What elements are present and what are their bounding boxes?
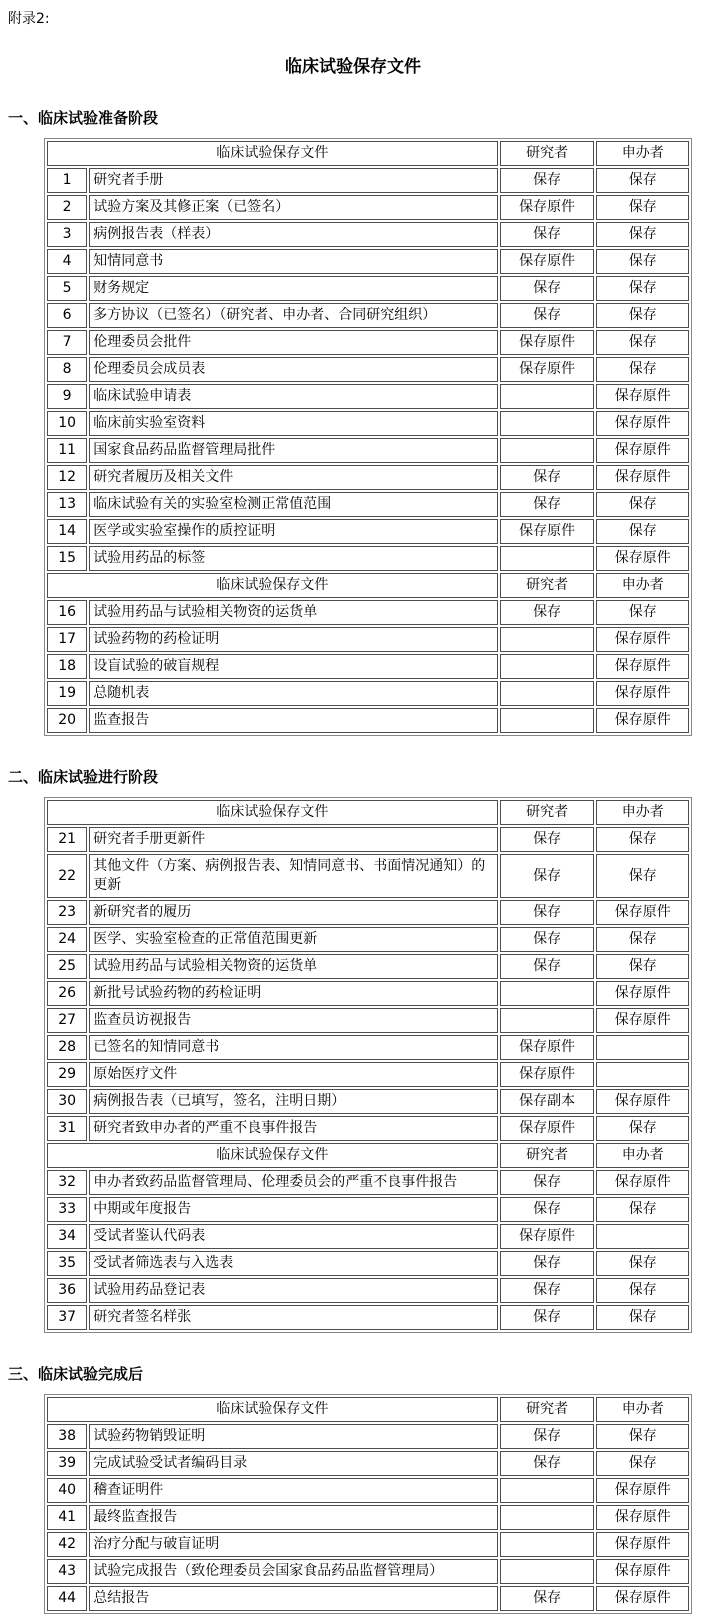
sponsor-value: 保存原件 [596, 654, 689, 679]
sponsor-value: 保存 [596, 1424, 689, 1449]
sponsor-value: 保存原件 [596, 1586, 689, 1611]
table-row: 10临床前实验室资料保存原件 [47, 411, 689, 436]
sponsor-value: 保存 [596, 1197, 689, 1222]
column-header-sponsor: 申办者 [596, 800, 689, 825]
document-name: 病例报告表（样表） [89, 222, 498, 247]
row-number: 15 [47, 546, 87, 571]
investigator-value: 保存 [500, 222, 595, 247]
investigator-value [500, 438, 595, 463]
document-page: 附录2: 临床试验保存文件 一、临床试验准备阶段 临床试验保存文件研究者申办者1… [0, 0, 706, 1614]
table-row: 31研究者致申办者的严重不良事件报告保存原件保存 [47, 1116, 689, 1141]
table-row: 38试验药物销毁证明保存保存 [47, 1424, 689, 1449]
table-row: 41最终监查报告保存原件 [47, 1505, 689, 1530]
document-name: 知情同意书 [89, 249, 498, 274]
sponsor-value: 保存原件 [596, 546, 689, 571]
row-number: 35 [47, 1251, 87, 1276]
sponsor-value: 保存原件 [596, 1478, 689, 1503]
investigator-value: 保存 [500, 1305, 595, 1330]
table-row: 1研究者手册保存保存 [47, 168, 689, 193]
table-row: 5财务规定保存保存 [47, 276, 689, 301]
row-number: 4 [47, 249, 87, 274]
table-row: 23新研究者的履历保存保存原件 [47, 900, 689, 925]
investigator-value: 保存 [500, 1278, 595, 1303]
document-name: 中期或年度报告 [89, 1197, 498, 1222]
column-header-file: 临床试验保存文件 [47, 1143, 498, 1168]
sponsor-value: 保存 [596, 249, 689, 274]
table-row: 7伦理委员会批件保存原件保存 [47, 330, 689, 355]
sponsor-value: 保存 [596, 854, 689, 898]
page-title: 临床试验保存文件 [0, 52, 706, 77]
document-name: 监查员访视报告 [89, 1008, 498, 1033]
investigator-value [500, 1008, 595, 1033]
row-number: 14 [47, 519, 87, 544]
table-row: 18设盲试验的破盲规程保存原件 [47, 654, 689, 679]
investigator-value: 保存 [500, 1586, 595, 1611]
sponsor-value: 保存原件 [596, 1089, 689, 1114]
row-number: 17 [47, 627, 87, 652]
section-heading-preparation: 一、临床试验准备阶段 [8, 107, 706, 128]
column-header-file: 临床试验保存文件 [47, 573, 498, 598]
row-number: 28 [47, 1035, 87, 1060]
sponsor-value: 保存 [596, 195, 689, 220]
table-row: 4知情同意书保存原件保存 [47, 249, 689, 274]
document-name: 临床前实验室资料 [89, 411, 498, 436]
table-row: 21研究者手册更新件保存保存 [47, 827, 689, 852]
document-name: 伦理委员会批件 [89, 330, 498, 355]
investigator-value: 保存 [500, 854, 595, 898]
sponsor-value: 保存原件 [596, 384, 689, 409]
investigator-value: 保存原件 [500, 249, 595, 274]
investigator-value: 保存原件 [500, 195, 595, 220]
document-name: 试验用药品与试验相关物资的运货单 [89, 954, 498, 979]
investigator-value [500, 1532, 595, 1557]
document-name: 总结报告 [89, 1586, 498, 1611]
table-row: 25试验用药品与试验相关物资的运货单保存保存 [47, 954, 689, 979]
row-number: 11 [47, 438, 87, 463]
document-name: 稽查证明件 [89, 1478, 498, 1503]
investigator-value: 保存 [500, 1451, 595, 1476]
investigator-value [500, 411, 595, 436]
table-row: 33中期或年度报告保存保存 [47, 1197, 689, 1222]
investigator-value [500, 546, 595, 571]
investigator-value: 保存副本 [500, 1089, 595, 1114]
column-header-investigator: 研究者 [500, 573, 595, 598]
sponsor-value: 保存 [596, 519, 689, 544]
document-name: 研究者履历及相关文件 [89, 465, 498, 490]
row-number: 39 [47, 1451, 87, 1476]
table-row: 17试验药物的药检证明保存原件 [47, 627, 689, 652]
investigator-value: 保存原件 [500, 1035, 595, 1060]
column-header-sponsor: 申办者 [596, 1143, 689, 1168]
table-row: 35受试者筛选表与入选表保存保存 [47, 1251, 689, 1276]
table-row: 20监查报告保存原件 [47, 708, 689, 733]
sponsor-value: 保存原件 [596, 981, 689, 1006]
documents-table-completion: 临床试验保存文件研究者申办者38试验药物销毁证明保存保存39完成试验受试者编码目… [44, 1394, 692, 1614]
sponsor-value [596, 1224, 689, 1249]
table-row: 3病例报告表（样表）保存保存 [47, 222, 689, 247]
table-row: 22其他文件（方案、病例报告表、知情同意书、书面情况通知）的更新保存保存 [47, 854, 689, 898]
sponsor-value: 保存原件 [596, 1559, 689, 1584]
sponsor-value: 保存 [596, 330, 689, 355]
section-heading-completion: 三、临床试验完成后 [8, 1363, 706, 1384]
document-name: 新研究者的履历 [89, 900, 498, 925]
column-header-file: 临床试验保存文件 [47, 1397, 498, 1422]
table-row: 28已签名的知情同意书保存原件 [47, 1035, 689, 1060]
document-name: 试验药物销毁证明 [89, 1424, 498, 1449]
row-number: 42 [47, 1532, 87, 1557]
table-row: 36试验用药品登记表保存保存 [47, 1278, 689, 1303]
document-name: 试验方案及其修正案（已签名） [89, 195, 498, 220]
row-number: 29 [47, 1062, 87, 1087]
row-number: 8 [47, 357, 87, 382]
investigator-value [500, 654, 595, 679]
document-name: 医学或实验室操作的质控证明 [89, 519, 498, 544]
investigator-value: 保存 [500, 1170, 595, 1195]
investigator-value [500, 627, 595, 652]
column-header-sponsor: 申办者 [596, 573, 689, 598]
document-name: 临床试验申请表 [89, 384, 498, 409]
row-number: 40 [47, 1478, 87, 1503]
sponsor-value: 保存原件 [596, 1008, 689, 1033]
sponsor-value: 保存 [596, 222, 689, 247]
column-header-sponsor: 申办者 [596, 1397, 689, 1422]
document-name: 其他文件（方案、病例报告表、知情同意书、书面情况通知）的更新 [89, 854, 498, 898]
table-row: 19总随机表保存原件 [47, 681, 689, 706]
table-row: 34受试者鉴认代码表保存原件 [47, 1224, 689, 1249]
document-name: 临床试验有关的实验室检测正常值范围 [89, 492, 498, 517]
investigator-value: 保存 [500, 900, 595, 925]
row-number: 2 [47, 195, 87, 220]
row-number: 43 [47, 1559, 87, 1584]
column-header-file: 临床试验保存文件 [47, 141, 498, 166]
sponsor-value: 保存 [596, 1116, 689, 1141]
investigator-value: 保存原件 [500, 1116, 595, 1141]
sponsor-value: 保存 [596, 1251, 689, 1276]
document-name: 完成试验受试者编码目录 [89, 1451, 498, 1476]
document-name: 财务规定 [89, 276, 498, 301]
investigator-value: 保存 [500, 600, 595, 625]
investigator-value: 保存 [500, 1197, 595, 1222]
document-name: 试验用药品登记表 [89, 1278, 498, 1303]
document-name: 试验药物的药检证明 [89, 627, 498, 652]
document-name: 总随机表 [89, 681, 498, 706]
documents-table-preparation: 临床试验保存文件研究者申办者1研究者手册保存保存2试验方案及其修正案（已签名）保… [44, 138, 692, 736]
row-number: 38 [47, 1424, 87, 1449]
document-name: 研究者签名样张 [89, 1305, 498, 1330]
row-number: 9 [47, 384, 87, 409]
row-number: 30 [47, 1089, 87, 1114]
sponsor-value: 保存 [596, 600, 689, 625]
sponsor-value: 保存原件 [596, 438, 689, 463]
investigator-value [500, 981, 595, 1006]
sponsor-value [596, 1035, 689, 1060]
table-row: 16试验用药品与试验相关物资的运货单保存保存 [47, 600, 689, 625]
row-number: 34 [47, 1224, 87, 1249]
sponsor-value: 保存 [596, 492, 689, 517]
investigator-value: 保存原件 [500, 330, 595, 355]
sponsor-value: 保存 [596, 168, 689, 193]
row-number: 36 [47, 1278, 87, 1303]
document-name: 新批号试验药物的药检证明 [89, 981, 498, 1006]
table-header-row: 临床试验保存文件研究者申办者 [47, 1143, 689, 1168]
sponsor-value: 保存原件 [596, 411, 689, 436]
table-row: 43试验完成报告（致伦理委员会国家食品药品监督管理局）保存原件 [47, 1559, 689, 1584]
row-number: 44 [47, 1586, 87, 1611]
sponsor-value: 保存原件 [596, 1532, 689, 1557]
investigator-value: 保存 [500, 168, 595, 193]
column-header-investigator: 研究者 [500, 1397, 595, 1422]
row-number: 1 [47, 168, 87, 193]
table-row: 39完成试验受试者编码目录保存保存 [47, 1451, 689, 1476]
sponsor-value: 保存 [596, 1278, 689, 1303]
row-number: 41 [47, 1505, 87, 1530]
document-name: 已签名的知情同意书 [89, 1035, 498, 1060]
table-row: 37研究者签名样张保存保存 [47, 1305, 689, 1330]
document-name: 申办者致药品监督管理局、伦理委员会的严重不良事件报告 [89, 1170, 498, 1195]
investigator-value: 保存原件 [500, 1224, 595, 1249]
investigator-value [500, 708, 595, 733]
section-heading-conduct: 二、临床试验进行阶段 [8, 766, 706, 787]
row-number: 5 [47, 276, 87, 301]
document-name: 国家食品药品监督管理局批件 [89, 438, 498, 463]
table-row: 15试验用药品的标签保存原件 [47, 546, 689, 571]
document-name: 研究者手册更新件 [89, 827, 498, 852]
column-header-investigator: 研究者 [500, 141, 595, 166]
table-row: 24医学、实验室检查的正常值范围更新保存保存 [47, 927, 689, 952]
column-header-file: 临床试验保存文件 [47, 800, 498, 825]
document-name: 试验完成报告（致伦理委员会国家食品药品监督管理局） [89, 1559, 498, 1584]
table-row: 26新批号试验药物的药检证明保存原件 [47, 981, 689, 1006]
investigator-value: 保存 [500, 492, 595, 517]
sponsor-value: 保存原件 [596, 1505, 689, 1530]
table-row: 14医学或实验室操作的质控证明保存原件保存 [47, 519, 689, 544]
table-row: 29原始医疗文件保存原件 [47, 1062, 689, 1087]
investigator-value: 保存 [500, 927, 595, 952]
table-row: 11国家食品药品监督管理局批件保存原件 [47, 438, 689, 463]
row-number: 31 [47, 1116, 87, 1141]
sponsor-value: 保存原件 [596, 900, 689, 925]
document-name: 研究者致申办者的严重不良事件报告 [89, 1116, 498, 1141]
row-number: 12 [47, 465, 87, 490]
row-number: 37 [47, 1305, 87, 1330]
investigator-value: 保存 [500, 954, 595, 979]
sponsor-value: 保存 [596, 1305, 689, 1330]
table-row: 42治疗分配与破盲证明保存原件 [47, 1532, 689, 1557]
document-name: 监查报告 [89, 708, 498, 733]
table-row: 6多方协议（已签名）（研究者、申办者、合同研究组织）保存保存 [47, 303, 689, 328]
sponsor-value: 保存 [596, 827, 689, 852]
investigator-value: 保存 [500, 1424, 595, 1449]
investigator-value: 保存原件 [500, 357, 595, 382]
investigator-value: 保存 [500, 303, 595, 328]
investigator-value [500, 1478, 595, 1503]
document-name: 设盲试验的破盲规程 [89, 654, 498, 679]
sponsor-value: 保存原件 [596, 465, 689, 490]
investigator-value: 保存 [500, 1251, 595, 1276]
sponsor-value: 保存 [596, 1451, 689, 1476]
row-number: 24 [47, 927, 87, 952]
table-row: 32申办者致药品监督管理局、伦理委员会的严重不良事件报告保存保存原件 [47, 1170, 689, 1195]
row-number: 3 [47, 222, 87, 247]
table-row: 12研究者履历及相关文件保存保存原件 [47, 465, 689, 490]
investigator-value [500, 1559, 595, 1584]
document-name: 医学、实验室检查的正常值范围更新 [89, 927, 498, 952]
document-name: 原始医疗文件 [89, 1062, 498, 1087]
column-header-sponsor: 申办者 [596, 141, 689, 166]
column-header-investigator: 研究者 [500, 800, 595, 825]
investigator-value: 保存原件 [500, 1062, 595, 1087]
document-name: 病例报告表（已填写，签名，注明日期） [89, 1089, 498, 1114]
row-number: 7 [47, 330, 87, 355]
investigator-value: 保存 [500, 276, 595, 301]
row-number: 6 [47, 303, 87, 328]
table-row: 9临床试验申请表保存原件 [47, 384, 689, 409]
document-name: 治疗分配与破盲证明 [89, 1532, 498, 1557]
sponsor-value: 保存 [596, 357, 689, 382]
row-number: 32 [47, 1170, 87, 1195]
sponsor-value: 保存原件 [596, 681, 689, 706]
row-number: 23 [47, 900, 87, 925]
table-header-row: 临床试验保存文件研究者申办者 [47, 1397, 689, 1422]
table-row: 2试验方案及其修正案（已签名）保存原件保存 [47, 195, 689, 220]
row-number: 25 [47, 954, 87, 979]
document-name: 受试者鉴认代码表 [89, 1224, 498, 1249]
sponsor-value: 保存 [596, 954, 689, 979]
sponsor-value [596, 1062, 689, 1087]
row-number: 22 [47, 854, 87, 898]
investigator-value: 保存原件 [500, 519, 595, 544]
documents-table-conduct: 临床试验保存文件研究者申办者21研究者手册更新件保存保存22其他文件（方案、病例… [44, 797, 692, 1333]
sponsor-value: 保存 [596, 927, 689, 952]
table-row: 27监查员访视报告保存原件 [47, 1008, 689, 1033]
table-row: 13临床试验有关的实验室检测正常值范围保存保存 [47, 492, 689, 517]
row-number: 20 [47, 708, 87, 733]
row-number: 33 [47, 1197, 87, 1222]
table-row: 30病例报告表（已填写，签名，注明日期）保存副本保存原件 [47, 1089, 689, 1114]
sponsor-value: 保存原件 [596, 708, 689, 733]
row-number: 13 [47, 492, 87, 517]
row-number: 16 [47, 600, 87, 625]
row-number: 19 [47, 681, 87, 706]
document-name: 研究者手册 [89, 168, 498, 193]
table-header-row: 临床试验保存文件研究者申办者 [47, 573, 689, 598]
investigator-value [500, 681, 595, 706]
row-number: 27 [47, 1008, 87, 1033]
document-name: 多方协议（已签名）（研究者、申办者、合同研究组织） [89, 303, 498, 328]
table-header-row: 临床试验保存文件研究者申办者 [47, 141, 689, 166]
document-name: 试验用药品与试验相关物资的运货单 [89, 600, 498, 625]
investigator-value [500, 1505, 595, 1530]
column-header-investigator: 研究者 [500, 1143, 595, 1168]
document-name: 受试者筛选表与入选表 [89, 1251, 498, 1276]
table-row: 8伦理委员会成员表保存原件保存 [47, 357, 689, 382]
row-number: 18 [47, 654, 87, 679]
table-row: 40稽查证明件保存原件 [47, 1478, 689, 1503]
row-number: 10 [47, 411, 87, 436]
row-number: 21 [47, 827, 87, 852]
investigator-value: 保存 [500, 827, 595, 852]
document-name: 试验用药品的标签 [89, 546, 498, 571]
investigator-value: 保存 [500, 465, 595, 490]
document-name: 最终监查报告 [89, 1505, 498, 1530]
sponsor-value: 保存原件 [596, 1170, 689, 1195]
sponsor-value: 保存原件 [596, 627, 689, 652]
investigator-value [500, 384, 595, 409]
table-header-row: 临床试验保存文件研究者申办者 [47, 800, 689, 825]
sponsor-value: 保存 [596, 303, 689, 328]
document-name: 伦理委员会成员表 [89, 357, 498, 382]
sponsor-value: 保存 [596, 276, 689, 301]
appendix-label: 附录2: [0, 0, 706, 28]
row-number: 26 [47, 981, 87, 1006]
